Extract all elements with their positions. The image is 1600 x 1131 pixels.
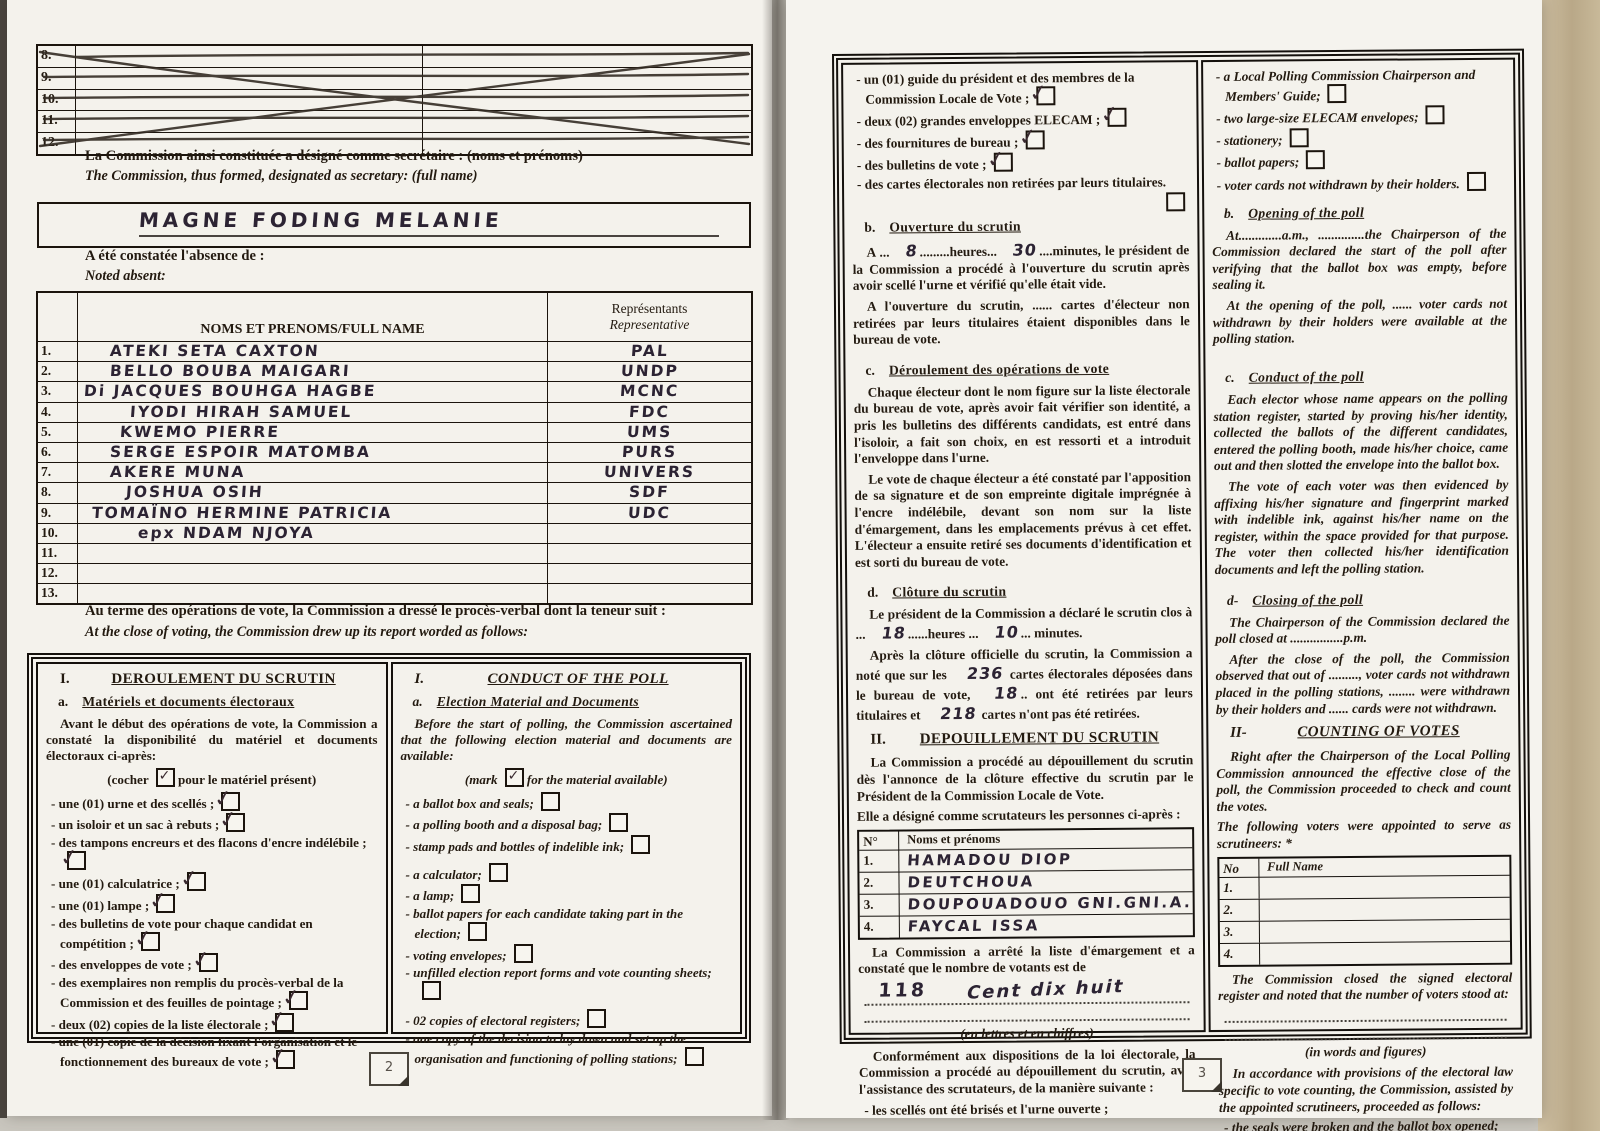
secretary-label-fr: La Commission ainsi constituée a désigné… (85, 148, 583, 165)
scanned-election-report: { "doc": {"left_page_num": "2", "right_p… (0, 0, 1600, 1131)
checklist-item: - des bulletins de vote pour chaque cand… (46, 916, 378, 952)
checklist-item: - a calculator; (401, 863, 733, 883)
checkbox[interactable] (993, 153, 1012, 172)
table-row: 8. (38, 46, 751, 67)
checkbox[interactable] (199, 953, 218, 972)
page-number-right: 3 (1182, 1058, 1222, 1092)
checklist-item: - a polling booth and a disposal bag; (401, 813, 733, 833)
subsection-a-fr: a.Matériels et documents électoraux (58, 694, 378, 711)
checkbox[interactable] (1036, 86, 1055, 105)
checklist-item: - a Local Polling Commission Chairperson… (1211, 66, 1506, 106)
materials-intro-en: Before the start of polling, the Commiss… (401, 716, 733, 764)
opening-cards-en: At the opening of the poll, ...... voter… (1213, 296, 1508, 348)
handwritten-hour: 18 (866, 624, 907, 644)
checkbox[interactable] (1328, 84, 1347, 103)
conform-paragraph-en: In accordance with provisions of the ele… (1219, 1064, 1514, 1116)
checkbox[interactable] (468, 922, 487, 941)
page-right: - un (01) guide du président et des memb… (786, 0, 1542, 1118)
table-row: 1.ATEKI SETA CAXTONPAL (38, 341, 751, 361)
checkbox[interactable] (489, 863, 508, 882)
page-left: 8. 9. 10. 11. 12. La Commission ainsi co… (7, 0, 772, 1116)
checklist-item: - a ballot box and seals; (401, 792, 733, 812)
dotted-fill-line[interactable] (1224, 1025, 1506, 1041)
checkbox[interactable] (276, 1050, 295, 1069)
absent-members-table: NOMS ET PRENOMS/FULL NAME Représentants … (36, 291, 753, 605)
handwritten-minute: 10 (979, 623, 1020, 643)
voters-count-words: Cent dix huit (964, 976, 1126, 1005)
checklist-item: - stationery; (1211, 127, 1505, 150)
table-header: NOMS ET PRENOMS/FULL NAME Représentants … (38, 293, 751, 341)
heading-counting: II-COUNTING OF VOTES (1216, 722, 1510, 743)
table-row: 4.FAYCAL ISSA (860, 913, 1193, 938)
count-note-en: (in words and figures) (1218, 1043, 1512, 1062)
table-row: 3.DOUPOUADOUO GNI.GNI.A. (860, 891, 1193, 916)
checkbox[interactable] (275, 1013, 294, 1032)
table-row: 12. (38, 563, 751, 583)
scan-right-edge (1538, 0, 1600, 1131)
conduct-p2-fr: Le vote de chaque électeur a été constat… (854, 469, 1191, 571)
checklist-item: - two large-size ELECAM envelopes; (1211, 105, 1505, 128)
secretary-name-handwriting: MAGNE FODING MELANIE (138, 208, 503, 232)
closing-time-fr: Le président de la Commission a déclaré … (855, 605, 1192, 644)
table-row: 11. (38, 110, 751, 132)
checkbox[interactable] (67, 851, 86, 870)
table-row: 11. (38, 543, 751, 563)
secretary-name-field[interactable]: MAGNE FODING MELANIE (37, 202, 751, 248)
scrutineers-table-en: NoFull Name 1. 2. 3. 4. (1217, 854, 1512, 966)
checkbox[interactable] (1306, 151, 1325, 170)
checklist-item: - ballot papers; (1211, 149, 1505, 172)
checklist-item: - one copy of the decision to lay down a… (401, 1031, 733, 1067)
scrutineers-table-fr: N°Noms et prénoms 1.HAMADOU DIOP 2.DEUTC… (857, 827, 1195, 940)
checklist-item: - unfilled election report forms and vot… (401, 965, 733, 1001)
checkbox[interactable] (587, 1009, 606, 1028)
absent-label-fr: A été constatée l'absence de : (85, 248, 265, 265)
checklist-item: - une (01) lampe ; (46, 894, 378, 914)
closing-cards-en: After the close of the poll, the Commiss… (1215, 649, 1510, 718)
checkbox[interactable] (141, 932, 160, 951)
table-row: 7.AKERE MUNAUNIVERS (38, 462, 751, 482)
table-row: 9.TOMAÏNO HERMINE PATRICIAUDC (38, 503, 751, 523)
col-representative: Représentants Representative (548, 293, 751, 341)
heading-depouillement: II.DEPOUILLEMENT DU SCRUTIN (856, 728, 1193, 749)
seals-item-fr: - les scellés ont été brisés et l'urne o… (859, 1100, 1196, 1119)
checkbox[interactable] (685, 1047, 704, 1066)
checklist-item: - des tampons encreurs et des flacons d'… (46, 835, 378, 871)
col-fullname: NOMS ET PRENOMS/FULL NAME (78, 293, 548, 341)
table-row: 10.epx NDAM NJOYA (38, 523, 751, 543)
section1-english-column: I.CONDUCT OF THE POLL a.Election Materia… (391, 662, 743, 1034)
table-row: 1. (1219, 874, 1509, 898)
voters-count-handwriting[interactable]: 118Cent dix huit (864, 977, 1189, 1006)
opening-paragraph-en: At.............a.m., ..............the C… (1212, 225, 1507, 294)
checklist-item: - deux (02) copies de la liste électoral… (46, 1013, 378, 1033)
handwritten-total-cards: 236 (952, 663, 1005, 683)
checklist-item: - voter cards not withdrawn by their hol… (1212, 171, 1506, 194)
mark-instruction-en: (mark for the material available) (401, 768, 733, 788)
table-row: 4.IYODI HIRAH SAMUELFDC (38, 402, 751, 422)
checklist-item: - des exemplaires non remplis du procès-… (46, 975, 378, 1011)
secretary-label-en: The Commission, thus formed, designated … (85, 168, 478, 185)
closing-label-en: At the close of voting, the Commission d… (85, 624, 528, 641)
table-row: 4. (1220, 940, 1510, 964)
sample-checkbox (505, 768, 524, 787)
checkbox[interactable] (541, 792, 560, 811)
table-row: 3.Di JACQUES BOUHGA HAGBEMCNC (38, 381, 751, 401)
page-number-left: 2 (369, 1052, 409, 1086)
table-row: 13. (38, 583, 751, 603)
checkbox-row (852, 192, 1189, 215)
checklist-item: - voting envelopes; (401, 944, 733, 964)
closing-cards-fr: Après la clôture officielle du scrutin, … (856, 645, 1193, 724)
handwritten-remaining: 218 (925, 704, 978, 724)
checkbox[interactable] (631, 835, 650, 854)
checklist-item: - une (01) copie de la décision fixant l… (46, 1034, 378, 1070)
checklist-item: - une (01) calculatrice ; (46, 872, 378, 892)
section1-box: I.DEROULEMENT DU SCRUTIN a.Matériels et … (27, 653, 751, 1043)
conduct-p1-fr: Chaque électeur dont le nom figure sur l… (854, 382, 1191, 468)
checkbox[interactable] (1426, 105, 1445, 124)
opening-cards-fr: A l'ouverture du scrutin, ...... cartes … (853, 296, 1190, 348)
checklist-item: - des cartes électorales non retirées pa… (852, 174, 1189, 193)
section1-heading-en: I.CONDUCT OF THE POLL (401, 670, 733, 688)
checklist-item: - 02 copies of electoral registers; (401, 1009, 733, 1029)
table-header: NoFull Name (1219, 856, 1509, 876)
table-row: 2.DEUTCHOUA (859, 869, 1192, 894)
table-row: 1.HAMADOU DIOP (859, 847, 1192, 872)
heading-closing: d-Closing of the poll (1227, 590, 1509, 609)
table-row: 10. (38, 89, 751, 111)
sample-checkbox (156, 768, 175, 787)
closing-label-fr: Au terme des opérations de vote, la Comm… (85, 603, 666, 620)
section1-french-column: I.DEROULEMENT DU SCRUTIN a.Matériels et … (36, 662, 388, 1034)
table-row: 3. (1220, 918, 1510, 942)
conform-paragraph-fr: Conformément aux dispositions de la loi … (859, 1046, 1196, 1098)
table-row: 2. (1219, 896, 1509, 920)
subsection-a-en: a.Election Material and Documents (413, 694, 733, 711)
table-row: 8.JOSHUA OSIHSDF (38, 482, 751, 502)
heading-ouverture: b.Ouverture du scrutin (864, 217, 1189, 237)
checkbox[interactable] (187, 872, 206, 891)
voters-count-figures: 118 (878, 979, 928, 1003)
checkbox[interactable] (1289, 129, 1308, 148)
checkbox[interactable] (1107, 108, 1126, 127)
checklist-item: - une (01) urne et des scellés ; (46, 792, 378, 812)
checkbox[interactable] (1166, 192, 1185, 211)
checkbox[interactable] (422, 981, 441, 1000)
heading-deroulement: c.Déroulement des opérations de vote (865, 360, 1190, 380)
heading-cloture: d.Clôture du scrutin (867, 583, 1192, 603)
section1-heading-fr: I.DEROULEMENT DU SCRUTIN (46, 670, 378, 688)
table-row: 9. (38, 67, 751, 89)
table-row: 6.SERGE ESPOIR MATOMBAPURS (38, 442, 751, 462)
checklist-item: - un isoloir et un sac à rebuts ; (46, 813, 378, 833)
report-english-column: - a Local Polling Commission Chairperson… (1201, 58, 1523, 1032)
heading-opening: b.Opening of the poll (1224, 203, 1506, 222)
dotted-fill-line[interactable] (865, 1006, 1190, 1023)
handwritten-minute: 30 (998, 240, 1039, 260)
scan-left-edge (0, 0, 7, 1118)
checkbox[interactable] (1467, 171, 1486, 190)
handwritten-withdrawn: 18 (979, 683, 1020, 703)
checklist-item: - ballot papers for each candidate takin… (401, 906, 733, 942)
handwritten-hour: 8 (890, 241, 919, 261)
table-header: N°Noms et prénoms (859, 829, 1192, 850)
counting-p1-fr: La Commission a procédé au dépouillement… (857, 753, 1194, 805)
counting-p2-fr: Elle a désigné comme scrutateurs les per… (857, 806, 1194, 825)
checklist-item: - des fournitures de bureau ; (852, 130, 1189, 153)
absent-label-en: Noted absent: (85, 268, 166, 285)
counting-p2-en: The following voters were appointed to s… (1217, 817, 1512, 853)
report-french-column: - un (01) guide du président et des memb… (841, 60, 1205, 1035)
checkbox[interactable] (226, 813, 245, 832)
table-row: 5.KWEMO PIERREUMS (38, 422, 751, 442)
opening-paragraph-fr: A ...8.........heures...30....minutes, l… (852, 239, 1189, 295)
checklist-item: - un (01) guide du président et des memb… (851, 69, 1188, 109)
voters-count-label-fr: La Commission a arrêté la liste d'émarge… (858, 942, 1195, 978)
checklist-item: - des bulletins de vote ; (852, 152, 1189, 175)
conduct-p1-en: Each elector whose name appears on the p… (1213, 390, 1508, 475)
checkbox[interactable] (1025, 131, 1044, 150)
crossed-out-members-table: 8. 9. 10. 11. 12. (36, 44, 753, 156)
conduct-p2-en: The vote of each voter was then evidence… (1214, 477, 1509, 579)
report-box: - un (01) guide du président et des memb… (832, 49, 1532, 1044)
table-row: 2.BELLO BOUBA MAIGARIUNDP (38, 361, 751, 381)
dotted-fill-line[interactable] (1224, 1007, 1506, 1023)
count-note-fr: (en lettres et en chiffres) (859, 1024, 1196, 1043)
seals-item-en: - the seals were broken and the ballot b… (1219, 1118, 1513, 1131)
checklist-item: - a lamp; (401, 884, 733, 904)
mark-instruction-fr: (cocher pour le matériel présent) (46, 768, 378, 788)
voters-count-label-en: The Commission closed the signed elector… (1218, 969, 1513, 1005)
checkbox[interactable] (609, 813, 628, 832)
checkbox[interactable] (461, 884, 480, 903)
checklist-item: - des enveloppes de vote ; (46, 953, 378, 973)
checklist-item: - stamp pads and bottles of indelible in… (401, 835, 733, 855)
checkbox[interactable] (289, 991, 308, 1010)
counting-p1-en: Right after the Chairperson of the Local… (1216, 747, 1511, 816)
heading-conduct: c.Conduct of the poll (1225, 368, 1507, 387)
checkbox[interactable] (514, 944, 533, 963)
closing-time-en: The Chairperson of the Commission declar… (1215, 612, 1510, 648)
checkbox[interactable] (156, 894, 175, 913)
materials-intro-fr: Avant le début des opérations de vote, l… (46, 716, 378, 764)
